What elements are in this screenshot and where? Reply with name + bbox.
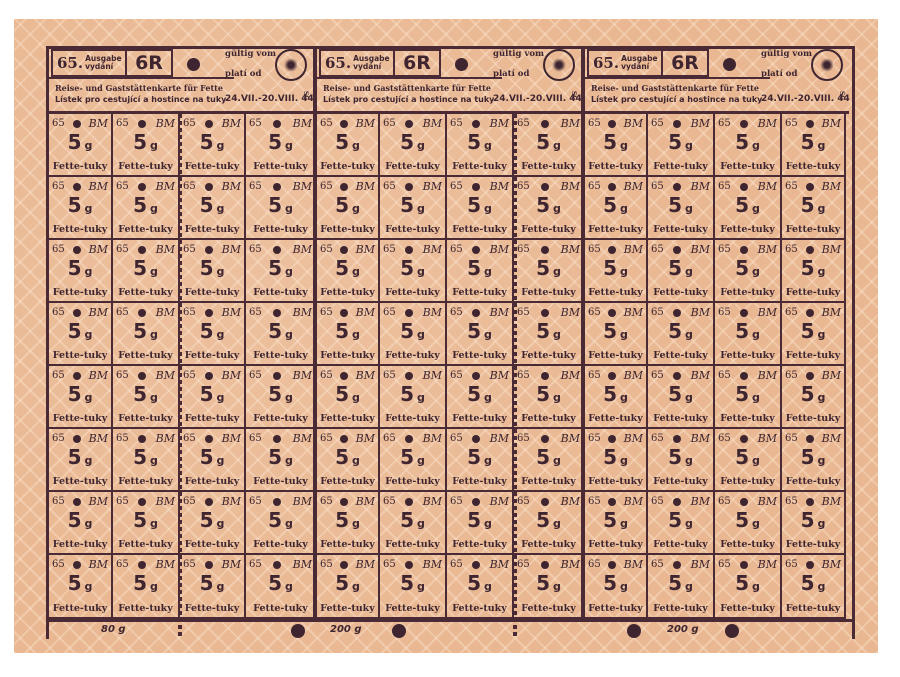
amount-value: 5 xyxy=(603,445,617,469)
coupon[interactable]: 65BM5gFette-tuky xyxy=(585,303,648,366)
coupon-issue: 65 xyxy=(450,244,463,255)
coupon-mark: BM xyxy=(624,117,643,130)
coupon[interactable]: 65BM5gFette-tuky xyxy=(648,555,715,619)
coupon-mark: BM xyxy=(89,495,108,508)
official-seal-icon xyxy=(275,49,307,81)
coupon-amount: 5g xyxy=(317,571,378,595)
coupon-header: 65BM xyxy=(320,558,375,571)
punch-hole-icon xyxy=(187,58,200,71)
coupon[interactable]: 65BM5gFette-tuky xyxy=(380,366,447,429)
coupon[interactable]: 65BM5gFette-tuky xyxy=(49,240,113,303)
coupon-amount: 5g xyxy=(648,571,713,595)
coupon-issue: 65 xyxy=(249,307,262,318)
amount-unit: g xyxy=(217,202,225,215)
dot-icon xyxy=(608,435,616,443)
coupon-header: 65BM xyxy=(718,306,777,319)
coupon[interactable]: 65BM5gFette-tuky xyxy=(246,114,317,177)
coupon-issue: 65 xyxy=(651,307,664,318)
coupon[interactable]: 65BM5gFette-tuky xyxy=(715,555,782,619)
coupon[interactable]: 65BM5gFette-tuky xyxy=(180,303,246,366)
amount-unit: g xyxy=(484,265,492,278)
dot-icon xyxy=(740,183,748,191)
amount-value: 5 xyxy=(200,571,214,595)
header-divider xyxy=(49,77,234,79)
coupon-header: 65BM xyxy=(517,558,580,571)
coupon-amount: 5g xyxy=(49,445,111,469)
coupon-header: 65BM xyxy=(52,369,108,382)
amount-unit: g xyxy=(85,139,93,152)
coupon-issue: 65 xyxy=(718,118,731,129)
coupon-issue: 65 xyxy=(383,433,396,444)
coupon-issue: 65 xyxy=(718,370,731,381)
dot-icon xyxy=(740,246,748,254)
coupon[interactable]: 65BM5gFette-tuky xyxy=(380,429,447,492)
coupon-mark: BM xyxy=(691,117,710,130)
coupon-amount: 5g xyxy=(648,382,713,406)
coupon[interactable]: 65BM5gFette-tuky xyxy=(246,240,317,303)
coupon[interactable]: 65BM5gFette-tuky xyxy=(514,177,585,240)
amount-value: 5 xyxy=(603,382,617,406)
coupon[interactable]: 65BM5gFette-tuky xyxy=(585,240,648,303)
coupon-amount: 5g xyxy=(715,130,780,154)
amount-value: 5 xyxy=(735,571,749,595)
coupon-header: 65BM xyxy=(651,180,710,193)
coupon-issue: 65 xyxy=(383,559,396,570)
coupon[interactable]: 65BM5gFette-tuky xyxy=(447,114,514,177)
coupon-mark: BM xyxy=(691,180,710,193)
coupon-header: 65BM xyxy=(320,243,375,256)
coupon[interactable]: 65BM5gFette-tuky xyxy=(715,303,782,366)
coupon[interactable]: 65BM5gFette-tuky xyxy=(180,492,246,555)
coupon[interactable]: 65BM5gFette-tuky xyxy=(317,429,380,492)
coupon-amount: 5g xyxy=(782,571,844,595)
amount-value: 5 xyxy=(200,130,214,154)
coupon-mark: BM xyxy=(758,495,777,508)
coupon[interactable]: 65BM5gFette-tuky xyxy=(49,492,113,555)
coupon[interactable]: 65BM5gFette-tuky xyxy=(113,366,180,429)
coupon[interactable]: 65BM5gFette-tuky xyxy=(447,303,514,366)
coupon-label: Fette-tuky xyxy=(585,603,646,614)
dot-icon xyxy=(138,498,146,506)
coupon[interactable]: 65BM5gFette-tuky xyxy=(514,240,585,303)
dot-icon xyxy=(673,246,681,254)
coupon-header: 65BM xyxy=(718,180,777,193)
coupon-issue: 65 xyxy=(718,559,731,570)
coupon[interactable]: 65BM5gFette-tuky xyxy=(447,429,514,492)
coupon[interactable]: 65BM5gFette-tuky xyxy=(447,177,514,240)
coupon[interactable]: 65BM5gFette-tuky xyxy=(514,114,585,177)
coupon[interactable]: 65BM5gFette-tuky xyxy=(585,114,648,177)
coupon-issue: 65 xyxy=(718,307,731,318)
dot-icon xyxy=(472,246,480,254)
coupon-header: 65BM xyxy=(249,558,312,571)
amount-value: 5 xyxy=(335,130,349,154)
section-header-3: 65. Ausgabe vydání 6R gültig vom platí o… xyxy=(585,46,849,114)
amount-unit: g xyxy=(285,580,293,593)
coupon-issue: 65 xyxy=(517,244,530,255)
coupon-mark: BM xyxy=(222,432,241,445)
coupon[interactable]: 65BM5gFette-tuky xyxy=(648,429,715,492)
amount-value: 5 xyxy=(536,445,550,469)
coupon[interactable]: 65BM5gFette-tuky xyxy=(715,429,782,492)
coupon[interactable]: 65BM5gFette-tuky xyxy=(585,177,648,240)
coupon[interactable]: 65BM5gFette-tuky xyxy=(113,303,180,366)
coupon-amount: 5g xyxy=(514,508,583,532)
coupon-amount: 5g xyxy=(113,256,178,280)
coupon-header: 65BM xyxy=(383,432,442,445)
coupon-issue: 65 xyxy=(651,181,664,192)
coupon-label: Fette-tuky xyxy=(715,161,780,172)
issue-number: 65. xyxy=(57,54,83,72)
amount-value: 5 xyxy=(335,319,349,343)
amount-value: 5 xyxy=(335,571,349,595)
amount-unit: g xyxy=(752,328,760,341)
coupon-label: Fette-tuky xyxy=(585,350,646,361)
section-header-1: 65. Ausgabe vydání 6R gültig vom platí o… xyxy=(49,46,313,114)
coupon[interactable]: 65BM5gFette-tuky xyxy=(113,240,180,303)
amount-unit: g xyxy=(685,202,693,215)
amount-value: 5 xyxy=(400,256,414,280)
dot-icon xyxy=(740,120,748,128)
coupon-header: 65BM xyxy=(116,558,175,571)
coupon[interactable]: 65BM5gFette-tuky xyxy=(246,177,317,240)
coupon[interactable]: 65BM5gFette-tuky xyxy=(113,114,180,177)
coupon[interactable]: 65BM5gFette-tuky xyxy=(113,177,180,240)
coupon-issue: 65 xyxy=(320,244,333,255)
coupon[interactable]: 65BM5gFette-tuky xyxy=(447,240,514,303)
coupon-issue: 65 xyxy=(116,181,129,192)
amount-value: 5 xyxy=(268,193,282,217)
punch-hole-icon xyxy=(725,624,739,638)
amount-value: 5 xyxy=(68,508,82,532)
coupon[interactable]: 65BM5gFette-tuky xyxy=(246,429,317,492)
coupon[interactable]: 65BM5gFette-tuky xyxy=(317,240,380,303)
amount-value: 5 xyxy=(536,571,550,595)
coupon[interactable]: 65BM5gFette-tuky xyxy=(49,177,113,240)
coupon-mark: BM xyxy=(356,243,375,256)
amount-value: 5 xyxy=(801,130,815,154)
coupon[interactable]: 65BM5gFette-tuky xyxy=(514,303,585,366)
amount-unit: g xyxy=(818,202,826,215)
coupon[interactable]: 65BM5gFette-tuky xyxy=(380,492,447,555)
coupon-header: 65BM xyxy=(116,117,175,130)
dot-icon xyxy=(273,246,281,254)
coupon-label: Fette-tuky xyxy=(782,603,844,614)
coupon-amount: 5g xyxy=(246,508,315,532)
dot-icon xyxy=(340,183,348,191)
coupon-label: Fette-tuky xyxy=(648,603,713,614)
coupon[interactable]: 65BM5gFette-tuky xyxy=(180,114,246,177)
coupon-header: 65BM xyxy=(785,117,841,130)
dot-icon xyxy=(541,498,549,506)
coupon-header: 65BM xyxy=(183,369,241,382)
coupon-amount: 5g xyxy=(715,445,780,469)
coupon[interactable]: 65BM5gFette-tuky xyxy=(447,555,514,619)
coupon-header: 65BM xyxy=(450,117,509,130)
amount-value: 5 xyxy=(668,445,682,469)
coupon-mark: BM xyxy=(89,180,108,193)
coupon-header: 65BM xyxy=(52,306,108,319)
issue-label-cs: vydání xyxy=(85,62,113,71)
coupon[interactable]: 65BM5gFette-tuky xyxy=(380,177,447,240)
amount-unit: g xyxy=(685,517,693,530)
coupon-amount: 5g xyxy=(380,571,445,595)
coupon[interactable]: 65BM5gFette-tuky xyxy=(782,492,846,555)
amount-unit: g xyxy=(620,517,628,530)
coupon-issue: 65 xyxy=(588,370,601,381)
coupon[interactable]: 65BM5gFette-tuky xyxy=(49,114,113,177)
coupon[interactable]: 65BM5gFette-tuky xyxy=(180,429,246,492)
dot-icon xyxy=(608,183,616,191)
coupon-mark: BM xyxy=(691,306,710,319)
coupon[interactable]: 65BM5gFette-tuky xyxy=(782,429,846,492)
coupon-amount: 5g xyxy=(380,445,445,469)
coupon-amount: 5g xyxy=(514,256,583,280)
dot-icon xyxy=(273,435,281,443)
coupon-label: Fette-tuky xyxy=(447,224,512,235)
coupon-mark: BM xyxy=(356,432,375,445)
amount-unit: g xyxy=(620,139,628,152)
coupon[interactable]: 65BM5gFette-tuky xyxy=(648,366,715,429)
coupon-mark: BM xyxy=(89,117,108,130)
coupon[interactable]: 65BM5gFette-tuky xyxy=(447,492,514,555)
coupon-header: 65BM xyxy=(785,369,841,382)
coupon-amount: 5g xyxy=(585,382,646,406)
card-title-de: Reise- und Gaststättenkarte für Fette xyxy=(323,83,491,93)
dot-icon xyxy=(138,561,146,569)
coupon[interactable]: 65BM5gFette-tuky xyxy=(648,177,715,240)
coupon[interactable]: 65BM5gFette-tuky xyxy=(514,555,585,619)
coupon[interactable]: 65BM5gFette-tuky xyxy=(514,492,585,555)
coupon-amount: 5g xyxy=(180,193,244,217)
amount-unit: g xyxy=(417,391,425,404)
coupon-header: 65BM xyxy=(517,243,580,256)
amount-value: 5 xyxy=(467,193,481,217)
coupon-mark: BM xyxy=(156,180,175,193)
coupon-amount: 5g xyxy=(585,571,646,595)
coupon-amount: 5g xyxy=(585,508,646,532)
coupon-amount: 5g xyxy=(317,508,378,532)
coupon-mark: BM xyxy=(822,558,841,571)
coupon[interactable]: 65BM5gFette-tuky xyxy=(514,366,585,429)
coupon[interactable]: 65BM5gFette-tuky xyxy=(180,555,246,619)
coupon[interactable]: 65BM5gFette-tuky xyxy=(380,303,447,366)
coupon-label: Fette-tuky xyxy=(246,350,315,361)
coupon[interactable]: 65BM5gFette-tuky xyxy=(113,555,180,619)
amount-value: 5 xyxy=(603,193,617,217)
coupon-header: 65BM xyxy=(718,495,777,508)
coupon[interactable]: 65BM5gFette-tuky xyxy=(113,492,180,555)
amount-unit: g xyxy=(352,202,360,215)
coupon[interactable]: 65BM5gFette-tuky xyxy=(246,555,317,619)
coupon-amount: 5g xyxy=(317,382,378,406)
perforation-line[interactable] xyxy=(178,114,182,639)
coupon[interactable]: 65BM5gFette-tuky xyxy=(246,303,317,366)
coupon[interactable]: 65BM5gFette-tuky xyxy=(782,555,846,619)
coupon-mark: BM xyxy=(758,117,777,130)
coupon[interactable]: 65BM5gFette-tuky xyxy=(246,492,317,555)
coupon-mark: BM xyxy=(691,495,710,508)
amount-unit: g xyxy=(553,391,561,404)
coupon-mark: BM xyxy=(822,369,841,382)
coupon-issue: 65 xyxy=(517,559,530,570)
coupon-issue: 65 xyxy=(450,307,463,318)
coupon[interactable]: 65BM5gFette-tuky xyxy=(317,366,380,429)
coupon[interactable]: 65BM5gFette-tuky xyxy=(715,492,782,555)
coupon-amount: 5g xyxy=(782,319,844,343)
amount-unit: g xyxy=(217,391,225,404)
coupon-issue: 65 xyxy=(785,370,798,381)
coupon[interactable]: 65BM5gFette-tuky xyxy=(317,177,380,240)
amount-unit: g xyxy=(150,391,158,404)
coupon-amount: 5g xyxy=(380,382,445,406)
dot-icon xyxy=(340,498,348,506)
coupon-issue: 65 xyxy=(183,181,196,192)
coupon[interactable]: 65BM5gFette-tuky xyxy=(49,555,113,619)
coupon-header: 65BM xyxy=(52,558,108,571)
coupon[interactable]: 65BM5gFette-tuky xyxy=(585,555,648,619)
coupon-issue: 65 xyxy=(249,496,262,507)
amount-unit: g xyxy=(217,517,225,530)
coupon[interactable]: 65BM5gFette-tuky xyxy=(317,303,380,366)
coupon-mark: BM xyxy=(356,180,375,193)
coupon-issue: 65 xyxy=(183,433,196,444)
coupon-amount: 5g xyxy=(715,571,780,595)
coupon-label: Fette-tuky xyxy=(49,603,111,614)
coupon-header: 65BM xyxy=(718,558,777,571)
card-code: 6R xyxy=(663,49,709,77)
coupon-issue: 65 xyxy=(450,559,463,570)
coupon-mark: BM xyxy=(624,369,643,382)
amount-value: 5 xyxy=(801,571,815,595)
coupon-issue: 65 xyxy=(785,244,798,255)
coupon[interactable]: 65BM5gFette-tuky xyxy=(246,366,317,429)
coupon-amount: 5g xyxy=(49,193,111,217)
coupon[interactable]: 65BM5gFette-tuky xyxy=(715,177,782,240)
coupon[interactable]: 65BM5gFette-tuky xyxy=(447,366,514,429)
coupon-label: Fette-tuky xyxy=(648,161,713,172)
coupon-issue: 65 xyxy=(785,496,798,507)
coupon[interactable]: 65BM5gFette-tuky xyxy=(782,177,846,240)
amount-value: 5 xyxy=(801,508,815,532)
coupon-issue: 65 xyxy=(718,244,731,255)
coupon-issue: 65 xyxy=(320,181,333,192)
coupon[interactable]: 65BM5gFette-tuky xyxy=(180,177,246,240)
coupon[interactable]: 65BM5gFette-tuky xyxy=(180,366,246,429)
coupon-mark: BM xyxy=(490,306,509,319)
issue-number: 65. xyxy=(325,54,351,72)
coupon-amount: 5g xyxy=(514,571,583,595)
amount-value: 5 xyxy=(400,130,414,154)
coupon[interactable]: 65BM5gFette-tuky xyxy=(782,240,846,303)
coupon-amount: 5g xyxy=(113,445,178,469)
amount-value: 5 xyxy=(68,319,82,343)
coupon-label: Fette-tuky xyxy=(585,287,646,298)
coupon[interactable]: 65BM5gFette-tuky xyxy=(585,429,648,492)
amount-value: 5 xyxy=(133,130,147,154)
coupon-label: Fette-tuky xyxy=(648,539,713,550)
coupon[interactable]: 65BM5gFette-tuky xyxy=(113,429,180,492)
dot-icon xyxy=(740,372,748,380)
perforation-line[interactable] xyxy=(513,114,517,639)
dot-icon xyxy=(740,435,748,443)
amount-value: 5 xyxy=(200,193,214,217)
coupon-label: Fette-tuky xyxy=(380,476,445,487)
coupon-header: 65BM xyxy=(450,558,509,571)
coupon[interactable]: 65BM5gFette-tuky xyxy=(715,114,782,177)
coupon[interactable]: 65BM5gFette-tuky xyxy=(648,114,715,177)
amount-unit: g xyxy=(217,139,225,152)
coupon[interactable]: 65BM5gFette-tuky xyxy=(380,114,447,177)
coupon[interactable]: 65BM5gFette-tuky xyxy=(380,240,447,303)
coupon-issue: 65 xyxy=(183,496,196,507)
amount-unit: g xyxy=(85,265,93,278)
coupon-issue: 65 xyxy=(52,307,65,318)
coupon[interactable]: 65BM5gFette-tuky xyxy=(715,240,782,303)
coupon[interactable]: 65BM5gFette-tuky xyxy=(317,555,380,619)
coupon-header: 65BM xyxy=(183,243,241,256)
amount-unit: g xyxy=(685,139,693,152)
coupon-label: Fette-tuky xyxy=(180,287,244,298)
coupon[interactable]: 65BM5gFette-tuky xyxy=(49,303,113,366)
coupon-amount: 5g xyxy=(317,256,378,280)
coupon-amount: 5g xyxy=(380,256,445,280)
coupon[interactable]: 65BM5gFette-tuky xyxy=(49,366,113,429)
coupon-issue: 65 xyxy=(249,370,262,381)
coupon[interactable]: 65BM5gFette-tuky xyxy=(585,492,648,555)
coupon[interactable]: 65BM5gFette-tuky xyxy=(380,555,447,619)
coupon-amount: 5g xyxy=(782,256,844,280)
coupon[interactable]: 65BM5gFette-tuky xyxy=(648,492,715,555)
coupon[interactable]: 65BM5gFette-tuky xyxy=(317,114,380,177)
coupon[interactable]: 65BM5gFette-tuky xyxy=(49,429,113,492)
amount-unit: g xyxy=(685,328,693,341)
coupon-label: Fette-tuky xyxy=(317,603,378,614)
coupon-amount: 5g xyxy=(113,319,178,343)
coupon[interactable]: 65BM5gFette-tuky xyxy=(715,366,782,429)
coupon-label: Fette-tuky xyxy=(715,603,780,614)
coupon-amount: 5g xyxy=(648,319,713,343)
amount-unit: g xyxy=(417,454,425,467)
coupon-mark: BM xyxy=(89,306,108,319)
coupon[interactable]: 65BM5gFette-tuky xyxy=(782,303,846,366)
amount-value: 5 xyxy=(467,256,481,280)
coupon[interactable]: 65BM5gFette-tuky xyxy=(782,114,846,177)
coupon-amount: 5g xyxy=(49,256,111,280)
coupon-mark: BM xyxy=(490,243,509,256)
coupon[interactable]: 65BM5gFette-tuky xyxy=(180,240,246,303)
coupon-amount: 5g xyxy=(648,130,713,154)
amount-unit: g xyxy=(620,391,628,404)
coupon-amount: 5g xyxy=(715,508,780,532)
coupon[interactable]: 65BM5gFette-tuky xyxy=(782,366,846,429)
coupon[interactable]: 65BM5gFette-tuky xyxy=(648,303,715,366)
amount-unit: g xyxy=(553,202,561,215)
header-divider xyxy=(317,77,502,79)
amount-unit: g xyxy=(484,391,492,404)
coupon-label: Fette-tuky xyxy=(246,603,315,614)
coupon[interactable]: 65BM5gFette-tuky xyxy=(585,366,648,429)
coupon[interactable]: 65BM5gFette-tuky xyxy=(514,429,585,492)
dot-icon xyxy=(673,309,681,317)
coupon-issue: 65 xyxy=(320,496,333,507)
amount-value: 5 xyxy=(467,508,481,532)
coupon-issue: 65 xyxy=(785,118,798,129)
amount-value: 5 xyxy=(536,256,550,280)
coupon[interactable]: 65BM5gFette-tuky xyxy=(648,240,715,303)
coupon-amount: 5g xyxy=(317,445,378,469)
coupon[interactable]: 65BM5gFette-tuky xyxy=(317,492,380,555)
